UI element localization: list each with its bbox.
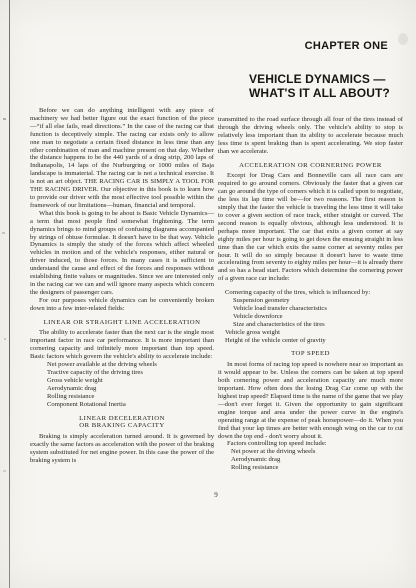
scan-speck — [4, 338, 6, 340]
section-heading-linear-acceleration: LINEAR OR STRAIGHT LINE ACCELERATION — [30, 319, 214, 327]
italic-word: only — [177, 131, 188, 138]
scan-speck — [3, 118, 6, 120]
section-heading-braking-line1: LINEAR DECELERATION — [30, 415, 214, 423]
list-subitem: Size and characteristics of the tires — [218, 321, 403, 329]
section-heading-braking: LINEAR DECELERATION OR BRAKING CAPACITY — [30, 415, 214, 431]
cornering-factors-list: Cornering capacity of the tires, which i… — [218, 289, 403, 344]
paragraph-acceleration: The ability to accelerate faster than th… — [30, 329, 214, 361]
paragraph-basic-vehicle-dynamics: What this book is going to be about is B… — [30, 210, 214, 297]
paragraph-top-speed-factors-intro: Factors controlling top speed include: — [218, 440, 403, 448]
page-title: VEHICLE DYNAMICS — WHAT'S IT ALL ABOUT? — [249, 73, 390, 100]
list-item: Tractive capacity of the driving tires — [30, 369, 214, 377]
section-heading-top-speed: TOP SPEED — [218, 350, 403, 358]
scan-smudge — [398, 33, 408, 45]
acceleration-factors-list: Net power available at the driving wheel… — [30, 361, 214, 408]
list-item: Gross vehicle weight — [30, 377, 214, 385]
list-subitem: Vehicle load transfer characteristics — [218, 305, 403, 313]
list-item: Net power at the driving wheels — [218, 448, 403, 456]
scan-edge-line — [9, 0, 10, 588]
list-item: Vehicle gross weight — [218, 329, 403, 337]
list-item: Cornering capacity of the tires, which i… — [218, 289, 403, 297]
top-speed-factors-list: Net power at the driving wheels Aerodyna… — [218, 448, 403, 472]
list-subitem: Suspension geometry — [218, 297, 403, 305]
list-item: Aerodynamic drag — [218, 456, 403, 464]
paragraph-braking: Braking is simply acceleration turned ar… — [30, 433, 214, 465]
list-item: Height of the vehicle center of gravity — [218, 337, 403, 345]
page-number: 9 — [208, 491, 224, 499]
book-page: CHAPTER ONE VEHICLE DYNAMICS — WHAT'S IT… — [0, 0, 416, 588]
paragraph-fields-intro: For our purposes vehicle dynamics can be… — [30, 297, 214, 313]
list-subitem: Vehicle downforce — [218, 313, 403, 321]
scan-speck — [3, 470, 6, 472]
section-heading-braking-line2: OR BRAKING CAPACITY — [30, 422, 214, 430]
scan-speck — [2, 232, 5, 234]
paragraph-intro: Before we can do anything intelligent wi… — [30, 107, 214, 210]
paragraph-cornering: Except for Drag Cars and Bonneville cars… — [218, 172, 403, 283]
left-column: Before we can do anything intelligent wi… — [30, 107, 214, 465]
paragraph-braking-continued: transmitted to the road surface through … — [218, 116, 403, 156]
paragraph-top-speed: In most forms of racing top speed is now… — [218, 361, 403, 440]
right-column: transmitted to the road surface through … — [218, 116, 403, 472]
list-item: Rolling resistance — [218, 464, 403, 472]
page-title-line2: WHAT'S IT ALL ABOUT? — [249, 87, 390, 101]
list-item: Net power available at the driving wheel… — [30, 361, 214, 369]
list-item: Aerodynamic drag — [30, 385, 214, 393]
chapter-label: CHAPTER ONE — [305, 40, 388, 52]
paragraph-intro-text-cont: to allow one man to negotiate a certain … — [30, 131, 214, 209]
list-item: Component Rotational Inertia — [30, 401, 214, 409]
list-item: Rolling resistance — [30, 393, 214, 401]
section-heading-cornering: ACCELERATION OR CORNERING POWER — [218, 162, 403, 170]
page-title-line1: VEHICLE DYNAMICS — — [249, 73, 390, 87]
